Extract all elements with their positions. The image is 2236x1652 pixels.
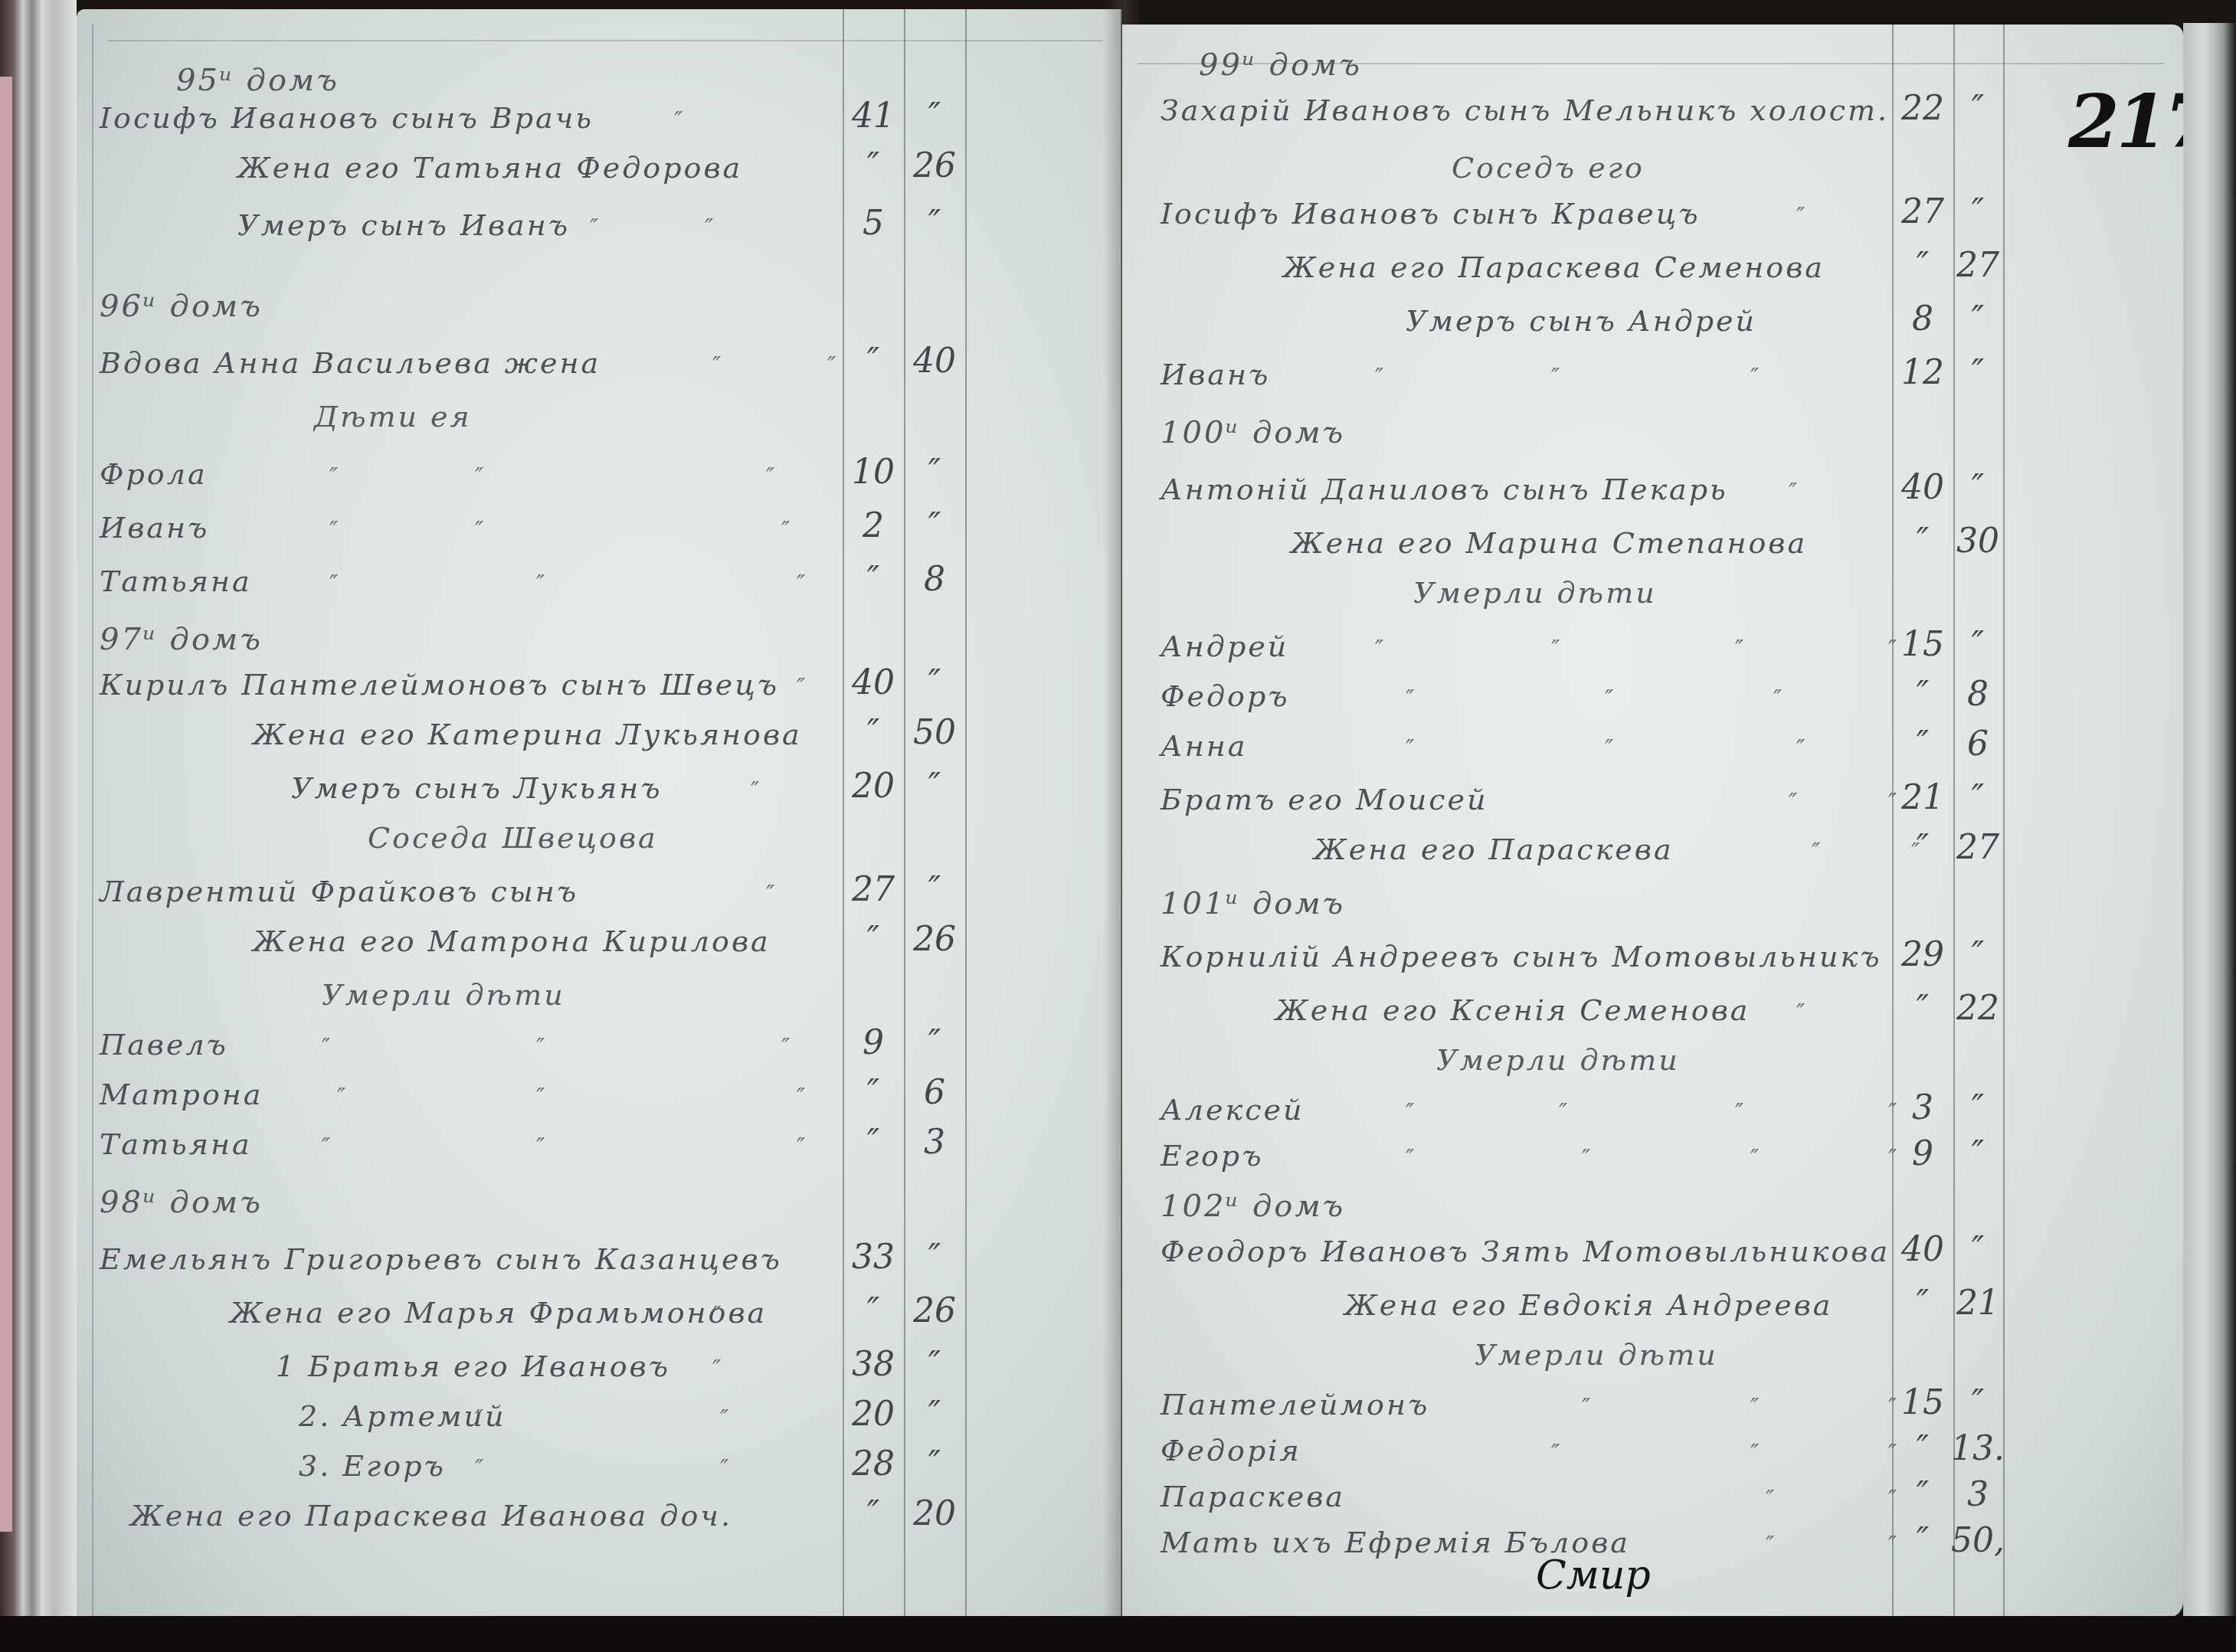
- ditto-mark: ″: [536, 1084, 545, 1111]
- household-header: 99ᵘ домъ: [1199, 47, 1362, 83]
- male-age: ″: [1896, 1284, 1950, 1323]
- section-label: Соседъ его: [1452, 151, 1645, 185]
- ditto-mark: ″: [674, 107, 683, 134]
- household-header: 95ᵘ домъ: [176, 63, 339, 98]
- ditto-mark: ″: [536, 1134, 545, 1160]
- male-age: ″: [1896, 522, 1950, 561]
- female-age: ″: [908, 1345, 961, 1384]
- ditto-mark: ″: [536, 1034, 545, 1061]
- female-age: ″: [1951, 1134, 2005, 1173]
- right-page: 217. Смир 99ᵘ домъЗахарiй Ивановъ сынъ М…: [1122, 25, 2183, 1618]
- male-age: 40: [1896, 468, 1950, 507]
- ditto-mark: ″: [705, 214, 713, 241]
- person-name: Федорiя: [1161, 1434, 1301, 1467]
- female-age: 26: [908, 146, 961, 185]
- female-age: 3: [908, 1123, 961, 1162]
- ditto-mark: ″: [475, 1455, 483, 1482]
- section-label: Соседа Швецова: [368, 821, 658, 855]
- ditto-mark: ″: [1406, 735, 1414, 762]
- ditto-mark: ″: [475, 517, 483, 544]
- male-age: 15: [1896, 625, 1950, 664]
- person-name: Фрола: [100, 457, 208, 491]
- column-rule-female: [904, 9, 905, 1633]
- ditto-mark: ″: [1406, 1099, 1414, 1126]
- female-age: ″: [1951, 1383, 2005, 1422]
- male-age: 40: [846, 663, 900, 702]
- ditto-mark: ″: [1789, 789, 1797, 816]
- male-age: ″: [846, 342, 900, 381]
- female-age: 8: [908, 560, 961, 599]
- male-age: 20: [846, 1395, 900, 1434]
- household-header: 98ᵘ домъ: [100, 1185, 263, 1220]
- column-rule-male: [1892, 25, 1894, 1618]
- clerk-signature: Смир: [1536, 1552, 1651, 1598]
- bottom-shadow: [0, 1616, 2236, 1652]
- section-label: Умерли дѣти: [1413, 576, 1657, 610]
- male-age: 15: [1896, 1383, 1950, 1422]
- person-name: Жена его Ксенiя Семенова: [1275, 993, 1750, 1027]
- ditto-mark: ″: [1796, 203, 1805, 230]
- ditto-mark: ″: [712, 352, 721, 379]
- person-name: Андрей: [1161, 630, 1288, 663]
- person-name: 3. Егоръ: [299, 1449, 446, 1483]
- ditto-mark: ″: [322, 1134, 330, 1160]
- female-age: ″: [908, 1444, 961, 1484]
- person-name: Братъ его Моисей: [1161, 783, 1488, 816]
- female-age: ″: [1951, 625, 2005, 664]
- ditto-mark: ″: [766, 881, 774, 908]
- person-name: Матрона: [100, 1078, 264, 1111]
- ditto-mark: ″: [1796, 999, 1805, 1026]
- ditto-mark: ″: [1789, 479, 1797, 505]
- male-age: 12: [1896, 353, 1950, 392]
- person-name: Иванъ: [100, 511, 209, 545]
- ditto-mark: ″: [1750, 364, 1759, 391]
- ditto-mark: ″: [1796, 735, 1805, 762]
- person-name: Параскева: [1161, 1480, 1345, 1513]
- female-age: 21: [1951, 1284, 2005, 1323]
- ditto-mark: ″: [1812, 839, 1820, 865]
- ditto-mark: ″: [1559, 1099, 1567, 1126]
- ditto-mark: ″: [329, 571, 338, 597]
- female-age: 50: [908, 713, 961, 752]
- male-age: ″: [1896, 989, 1950, 1028]
- male-age: ″: [1896, 675, 1950, 714]
- male-age: 5: [846, 204, 900, 243]
- male-age: ″: [846, 1123, 900, 1162]
- ditto-mark: ″: [1605, 685, 1613, 712]
- ditto-mark: ″: [797, 674, 805, 701]
- person-name: Федоръ: [1161, 679, 1290, 713]
- female-age: 27: [1951, 246, 2005, 285]
- male-age: ″: [1896, 246, 1950, 285]
- ditto-mark: ″: [475, 463, 483, 490]
- section-label: Дѣти ея: [314, 400, 472, 433]
- person-name: Жена его Параскева: [1314, 833, 1674, 866]
- person-name: Иванъ: [1161, 358, 1270, 391]
- person-name: Анна: [1161, 729, 1248, 763]
- ditto-mark: ″: [1551, 364, 1560, 391]
- ditto-mark: ″: [329, 517, 338, 544]
- person-name: Жена его Параскева Иванова доч.: [130, 1499, 732, 1533]
- column-rule-margin: [965, 9, 967, 1633]
- ditto-mark: ″: [1750, 1440, 1759, 1467]
- person-name: Мать ихъ Ефремiя Бълова: [1161, 1526, 1630, 1559]
- ditto-mark: ″: [720, 1455, 728, 1482]
- ditto-mark: ″: [781, 517, 790, 544]
- male-age: ″: [846, 1073, 900, 1112]
- male-age: 9: [846, 1023, 900, 1062]
- column-rule-male: [843, 9, 844, 1633]
- person-name: Жена его Катерина Лукьянова: [253, 718, 802, 751]
- ditto-mark: ″: [1605, 735, 1613, 762]
- person-name: Алексей: [1161, 1093, 1304, 1127]
- female-age: ″: [1951, 778, 2005, 817]
- female-age: ″: [1951, 1230, 2005, 1269]
- male-age: 28: [846, 1444, 900, 1484]
- ditto-mark: ″: [751, 777, 759, 804]
- ditto-mark: ″: [1735, 636, 1743, 662]
- male-age: ″: [1896, 725, 1950, 764]
- person-name: Iосифъ Ивановъ сынъ Врачь: [100, 101, 594, 135]
- binding-strip: [0, 77, 12, 1532]
- male-age: 27: [846, 870, 900, 909]
- male-age: ″: [1896, 1521, 1950, 1560]
- person-name: Антонiй Даниловъ сынъ Пекарь: [1161, 473, 1728, 506]
- male-age: 9: [1896, 1134, 1950, 1173]
- male-age: 29: [1896, 935, 1950, 974]
- ditto-mark: ″: [1582, 1394, 1590, 1421]
- female-age: 6: [1951, 725, 2005, 764]
- female-age: ″: [1951, 89, 2005, 128]
- household-header: 101ᵘ домъ: [1161, 886, 1345, 921]
- male-age: ″: [1896, 1475, 1950, 1514]
- female-age: ″: [908, 870, 961, 909]
- female-age: 50,: [1951, 1521, 2005, 1560]
- ditto-mark: ″: [1735, 1099, 1743, 1126]
- female-age: 40: [908, 342, 961, 381]
- left-margin-rule: [92, 25, 93, 1618]
- male-age: 10: [846, 453, 900, 492]
- female-age: ″: [908, 97, 961, 136]
- ditto-mark: ″: [475, 1405, 483, 1432]
- person-name: Татьяна: [100, 1127, 252, 1161]
- ditto-mark: ″: [337, 1084, 345, 1111]
- male-age: 40: [1896, 1230, 1950, 1269]
- male-age: ″: [1896, 1429, 1950, 1468]
- male-age: ″: [846, 1291, 900, 1330]
- ditto-mark: ″: [797, 1134, 805, 1160]
- female-age: 20: [908, 1494, 961, 1533]
- female-age: 26: [908, 920, 961, 959]
- ditto-mark: ″: [536, 571, 545, 597]
- male-age: ″: [1896, 828, 1950, 867]
- female-age: 8: [1951, 675, 2005, 714]
- person-name: Емельянъ Григорьевъ сынъ Казанцевъ: [100, 1242, 782, 1276]
- ditto-mark: ″: [1551, 1440, 1560, 1467]
- ditto-mark: ″: [329, 463, 338, 490]
- female-age: 6: [908, 1073, 961, 1112]
- ditto-mark: ″: [712, 1302, 721, 1329]
- person-name: Умеръ сынъ Лукьянъ: [291, 771, 663, 805]
- male-age: 22: [1896, 89, 1950, 128]
- female-age: ″: [908, 1395, 961, 1434]
- male-age: 20: [846, 767, 900, 806]
- ditto-mark: ″: [797, 571, 805, 597]
- male-age: 33: [846, 1238, 900, 1277]
- ditto-mark: ″: [766, 463, 774, 490]
- top-rule: [107, 40, 1103, 41]
- person-name: Пантелеймонъ: [1161, 1388, 1429, 1421]
- female-age: ″: [908, 1023, 961, 1062]
- left-page: 95ᵘ домъIосифъ Ивановъ сынъ Врачь″41″Жен…: [77, 9, 1122, 1633]
- person-name: Жена его Матрона Кирилова: [253, 924, 771, 958]
- book-left-edge: [0, 0, 77, 1652]
- ditto-mark: ″: [590, 214, 598, 241]
- male-age: ″: [846, 146, 900, 185]
- person-name: Жена его Марина Степанова: [1291, 526, 1807, 560]
- ditto-mark: ″: [797, 1084, 805, 1111]
- male-age: 21: [1896, 778, 1950, 817]
- person-name: Жена его Татьяна Федорова: [237, 151, 742, 185]
- person-name: Жена его Параскева Семенова: [1283, 250, 1825, 284]
- male-age: 3: [1896, 1088, 1950, 1127]
- male-age: 41: [846, 97, 900, 136]
- female-age: 22: [1951, 989, 2005, 1028]
- ditto-mark: ″: [1766, 1532, 1774, 1559]
- section-label: Умерли дѣти: [1475, 1338, 1718, 1372]
- ditto-mark: ″: [1551, 636, 1560, 662]
- ditto-mark: ″: [720, 1405, 728, 1432]
- female-age: ″: [908, 663, 961, 702]
- book-right-edge: [2183, 23, 2236, 1616]
- female-age: 27: [1951, 828, 2005, 867]
- male-age: ″: [846, 1494, 900, 1533]
- male-age: 27: [1896, 192, 1950, 231]
- ditto-mark: ″: [1375, 636, 1383, 662]
- female-age: ″: [1951, 299, 2005, 339]
- person-name: Жена его Евдокiя Андреева: [1344, 1288, 1832, 1322]
- ditto-mark: ″: [1750, 1145, 1759, 1172]
- ditto-mark: ″: [1582, 1145, 1590, 1172]
- ditto-mark: ″: [1406, 685, 1414, 712]
- female-age: ″: [908, 204, 961, 243]
- male-age: ″: [846, 560, 900, 599]
- household-header: 102ᵘ домъ: [1161, 1189, 1345, 1224]
- ditto-mark: ″: [1773, 685, 1782, 712]
- person-name: Феодоръ Ивановъ Зять Мотовыльникова: [1161, 1235, 1890, 1268]
- person-name: Умеръ сынъ Иванъ: [237, 208, 570, 242]
- person-name: Кирилъ Пантелеймоновъ сынъ Швецъ: [100, 668, 779, 702]
- female-age: ″: [1951, 353, 2005, 392]
- female-age: ″: [1951, 192, 2005, 231]
- female-age: ″: [1951, 468, 2005, 507]
- household-header: 100ᵘ домъ: [1161, 415, 1345, 450]
- male-age: 38: [846, 1345, 900, 1384]
- female-age: ″: [908, 506, 961, 545]
- section-label: Умерли дѣти: [322, 978, 565, 1012]
- ditto-mark: ″: [781, 1034, 790, 1061]
- female-age: ″: [1951, 1088, 2005, 1127]
- female-age: ″: [908, 767, 961, 806]
- household-header: 97ᵘ домъ: [100, 622, 263, 657]
- person-name: Егоръ: [1161, 1139, 1263, 1173]
- person-name: 1 Братья его Ивановъ: [276, 1349, 670, 1383]
- person-name: Павелъ: [100, 1028, 228, 1062]
- person-name: Лаврентий Фрайковъ сынъ: [100, 875, 578, 908]
- section-label: Умерли дѣти: [1436, 1043, 1680, 1077]
- female-age: 3: [1951, 1475, 2005, 1514]
- female-age: 30: [1951, 522, 2005, 561]
- female-age: 26: [908, 1291, 961, 1330]
- ditto-mark: ″: [1750, 1394, 1759, 1421]
- person-name: Iосифъ Ивановъ сынъ Кравецъ: [1161, 197, 1701, 231]
- male-age: ″: [846, 713, 900, 752]
- person-name: Корнилiй Андреевъ сынъ Мотовыльникъ: [1161, 940, 1882, 973]
- male-age: ″: [846, 920, 900, 959]
- person-name: Умеръ сынъ Андрей: [1406, 304, 1756, 338]
- ditto-mark: ″: [1406, 1145, 1414, 1172]
- ditto-mark: ″: [1375, 364, 1383, 391]
- male-age: 8: [1896, 299, 1950, 339]
- female-age: ″: [908, 453, 961, 492]
- ditto-mark: ″: [322, 1034, 330, 1061]
- person-name: Вдова Анна Васильева жена: [100, 346, 601, 380]
- person-name: Жена его Марья Фрамьмонова: [230, 1296, 767, 1330]
- ditto-mark: ″: [712, 1356, 721, 1382]
- person-name: Татьяна: [100, 564, 252, 598]
- female-age: ″: [1951, 935, 2005, 974]
- male-age: 2: [846, 506, 900, 545]
- open-register-book: 95ᵘ домъIосифъ Ивановъ сынъ Врачь″41″Жен…: [0, 0, 2236, 1652]
- household-header: 96ᵘ домъ: [100, 289, 263, 324]
- person-name: Захарiй Ивановъ сынъ Мельникъ холост.: [1161, 93, 1889, 127]
- female-age: ″: [908, 1238, 961, 1277]
- ditto-mark: ″: [827, 352, 836, 379]
- ditto-mark: ″: [1766, 1486, 1774, 1513]
- female-age: 13.: [1951, 1429, 2005, 1468]
